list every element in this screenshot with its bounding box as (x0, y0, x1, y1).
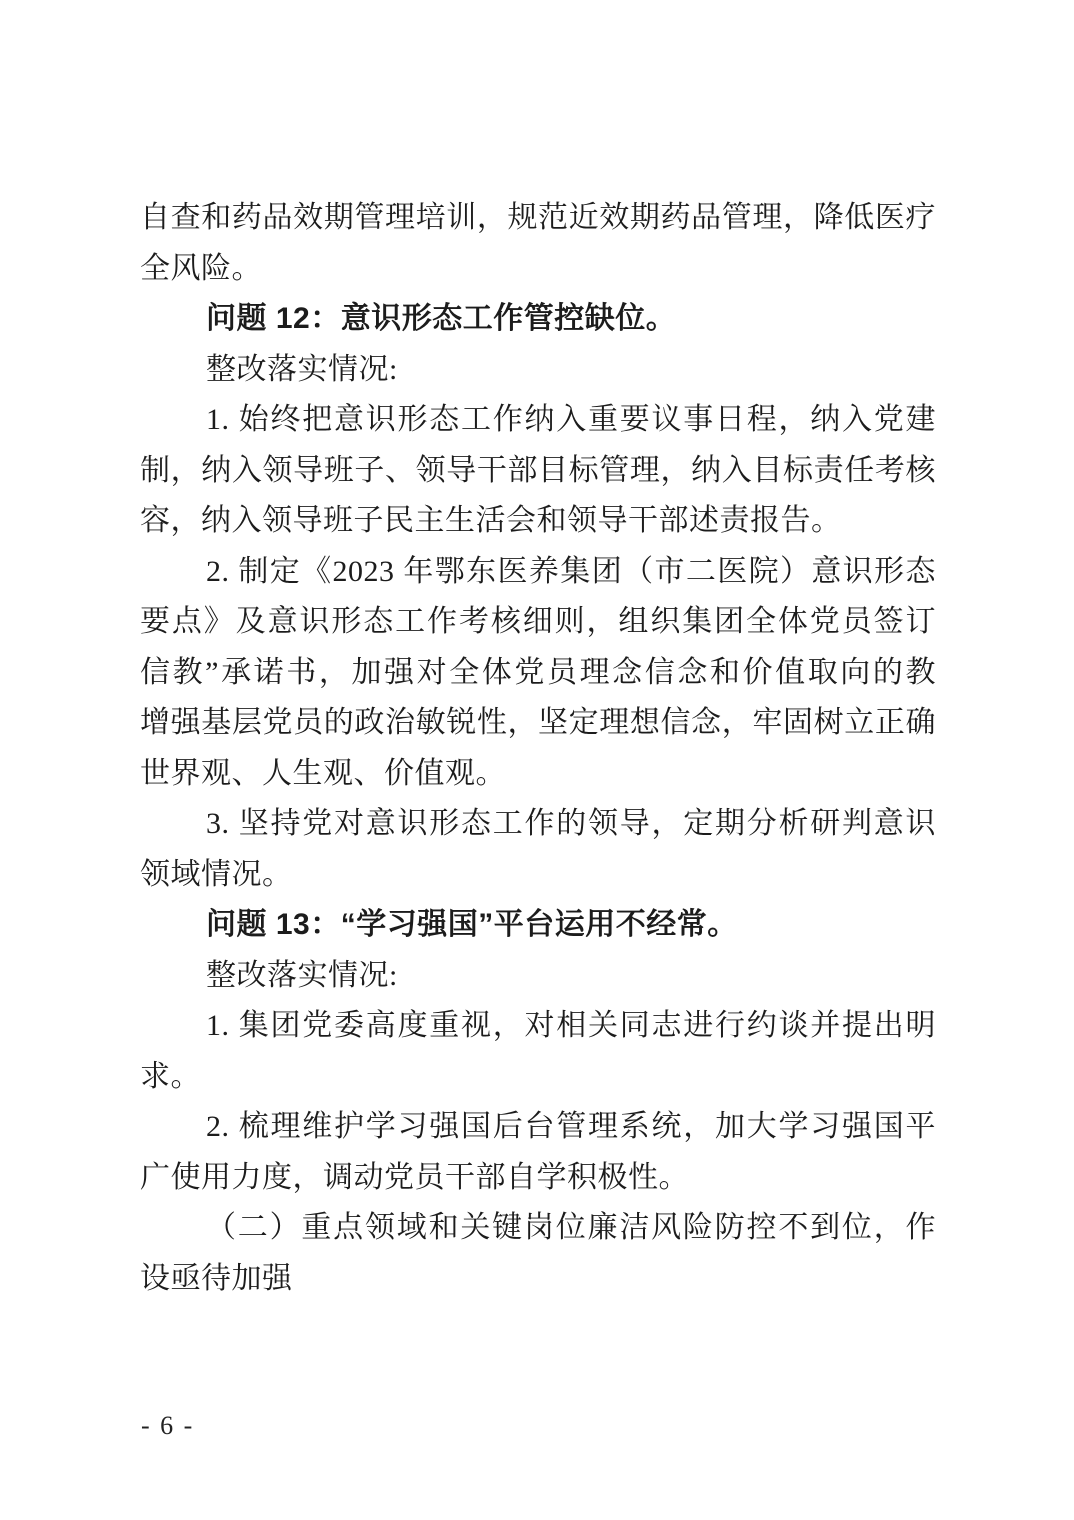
text-line: 3. 坚持党对意识形态工作的领导，定期分析研判意识形态 (140, 799, 936, 850)
body-paragraph: 整改落实情况: (140, 345, 936, 396)
body-paragraph: 2. 梳理维护学习强国后台管理系统，加大学习强国平台推广使用力度，调动党员干部自… (140, 1102, 936, 1203)
text-line: 1. 集团党委高度重视，对相关同志进行约谈并提出明确要 (140, 1001, 936, 1052)
text-line: 2. 梳理维护学习强国后台管理系统，加大学习强国平台推 (140, 1102, 936, 1153)
text-line: 1. 始终把意识形态工作纳入重要议事日程，纳入党建责任 (140, 395, 936, 446)
body-paragraph: 1. 始终把意识形态工作纳入重要议事日程，纳入党建责任制，纳入领导班子、领导干部… (140, 395, 936, 547)
text-line: 设亟待加强 (140, 1254, 936, 1305)
text-line: 广使用力度，调动党员干部自学积极性。 (140, 1153, 936, 1204)
text-block: 自查和药品效期管理培训，规范近效期药品管理，降低医疗安全风险。问题 12：意识形… (140, 193, 936, 1304)
body-paragraph: 整改落实情况: (140, 951, 936, 1002)
body-paragraph: （二）重点领域和关键岗位廉洁风险防控不到位，作风建设亟待加强 (140, 1203, 936, 1304)
body-paragraph: 自查和药品效期管理培训，规范近效期药品管理，降低医疗安全风险。 (140, 193, 936, 294)
body-paragraph: 1. 集团党委高度重视，对相关同志进行约谈并提出明确要求。 (140, 1001, 936, 1102)
text-line: 求。 (140, 1052, 936, 1103)
text-line: 问题 13：“学习强国”平台运用不经常。 (140, 900, 936, 951)
heading-paragraph: 问题 13：“学习强国”平台运用不经常。 (140, 900, 936, 951)
text-line: 整改落实情况: (140, 951, 936, 1002)
heading-paragraph: 问题 12：意识形态工作管控缺位。 (140, 294, 936, 345)
text-line: 容，纳入领导班子民主生活会和领导干部述责报告。 (140, 496, 936, 547)
text-line: （二）重点领域和关键岗位廉洁风险防控不到位，作风建 (140, 1203, 936, 1254)
page-number: - 6 - (141, 1408, 194, 1444)
text-line: 2. 制定《2023 年鄂东医养集团（市二医院）意识形态工作 (140, 547, 936, 598)
body-paragraph: 3. 坚持党对意识形态工作的领导，定期分析研判意识形态领域情况。 (140, 799, 936, 900)
text-line: 世界观、人生观、价值观。 (140, 749, 936, 800)
body-paragraph: 2. 制定《2023 年鄂东医养集团（市二医院）意识形态工作要点》及意识形态工作… (140, 547, 936, 800)
text-line: 全风险。 (140, 244, 936, 295)
document-page: 自查和药品效期管理培训，规范近效期药品管理，降低医疗安全风险。问题 12：意识形… (0, 0, 1074, 1520)
text-line: 增强基层党员的政治敏锐性，坚定理想信念，牢固树立正确的 (140, 698, 936, 749)
text-line: 要点》及意识形态工作考核细则，组织集团全体党员签订“不 (140, 597, 936, 648)
text-line: 问题 12：意识形态工作管控缺位。 (140, 294, 936, 345)
text-line: 自查和药品效期管理培训，规范近效期药品管理，降低医疗安 (140, 193, 936, 244)
text-line: 整改落实情况: (140, 345, 936, 396)
text-line: 制，纳入领导班子、领导干部目标管理，纳入目标责任考核内 (140, 446, 936, 497)
text-line: 信教”承诺书，加强对全体党员理念信念和价值取向的教育， (140, 648, 936, 699)
text-line: 领域情况。 (140, 850, 936, 901)
